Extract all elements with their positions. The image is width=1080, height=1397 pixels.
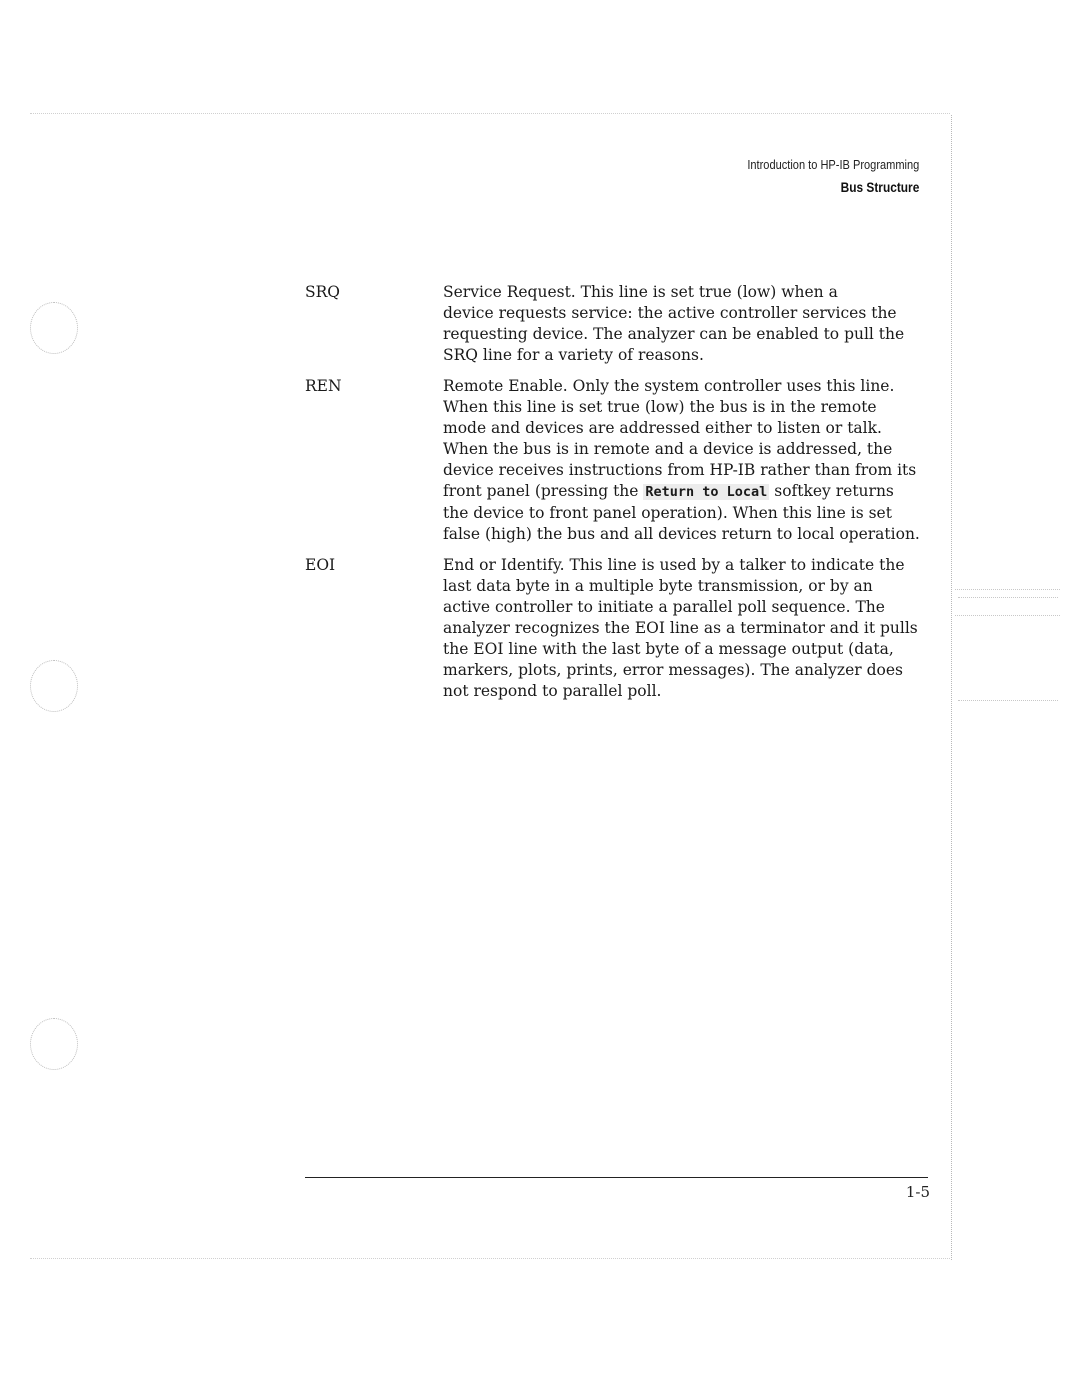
desc-line: markers, plots, prints, error messages).…: [443, 660, 935, 681]
term-label: REN: [305, 376, 443, 545]
desc-line: active controller to initiate a parallel…: [443, 597, 935, 618]
definition-srq: SRQ Service Request. This line is set tr…: [305, 282, 945, 366]
desc-line: front panel (pressing the Return to Loca…: [443, 481, 935, 503]
margin-mark: [958, 597, 1058, 598]
section-title: Bus Structure: [747, 179, 919, 195]
margin-mark: [955, 589, 1060, 590]
page-number: 1-5: [906, 1183, 930, 1201]
desc-line: End or Identify. This line is used by a …: [443, 555, 935, 576]
desc-line: the device to front panel operation). Wh…: [443, 503, 935, 524]
desc-line: mode and devices are addressed either to…: [443, 418, 935, 439]
desc-text: softkey returns: [769, 482, 894, 500]
margin-mark: [955, 615, 1060, 616]
punch-hole-icon: [30, 1018, 78, 1070]
term-label: SRQ: [305, 282, 443, 366]
punch-hole-icon: [30, 660, 78, 712]
definition-ren: REN Remote Enable. Only the system contr…: [305, 376, 945, 545]
desc-line: When this line is set true (low) the bus…: [443, 397, 935, 418]
definition-list: SRQ Service Request. This line is set tr…: [305, 282, 945, 712]
punch-hole-icon: [30, 302, 78, 354]
desc-line: Service Request. This line is set true (…: [443, 282, 935, 303]
desc-line: analyzer recognizes the EOI line as a te…: [443, 618, 935, 639]
running-head: Introduction to HP-IB Programming Bus St…: [717, 157, 919, 195]
desc-line: device requests service: the active cont…: [443, 303, 935, 324]
desc-line: When the bus is in remote and a device i…: [443, 439, 935, 460]
desc-line: device receives instructions from HP-IB …: [443, 460, 935, 481]
scan-edge-right: [951, 115, 952, 1260]
desc-line: SRQ line for a variety of reasons.: [443, 345, 935, 366]
term-description: Service Request. This line is set true (…: [443, 282, 935, 366]
margin-mark: [958, 700, 1058, 701]
desc-line: false (high) the bus and all devices ret…: [443, 524, 935, 545]
desc-line: Remote Enable. Only the system controlle…: [443, 376, 935, 397]
term-label: EOI: [305, 555, 443, 702]
footer-rule: [305, 1177, 928, 1178]
desc-line: not respond to parallel poll.: [443, 681, 935, 702]
desc-text: front panel (pressing the: [443, 482, 643, 500]
desc-line: last data byte in a multiple byte transm…: [443, 576, 935, 597]
term-description: Remote Enable. Only the system controlle…: [443, 376, 935, 545]
desc-line: the EOI line with the last byte of a mes…: [443, 639, 935, 660]
scan-edge-bottom: [30, 1258, 950, 1259]
desc-line: requesting device. The analyzer can be e…: [443, 324, 935, 345]
chapter-title: Introduction to HP-IB Programming: [747, 157, 919, 172]
softkey-return-to-local: Return to Local: [643, 484, 769, 500]
scan-edge-top: [30, 113, 950, 114]
term-description: End or Identify. This line is used by a …: [443, 555, 935, 702]
definition-eoi: EOI End or Identify. This line is used b…: [305, 555, 945, 702]
